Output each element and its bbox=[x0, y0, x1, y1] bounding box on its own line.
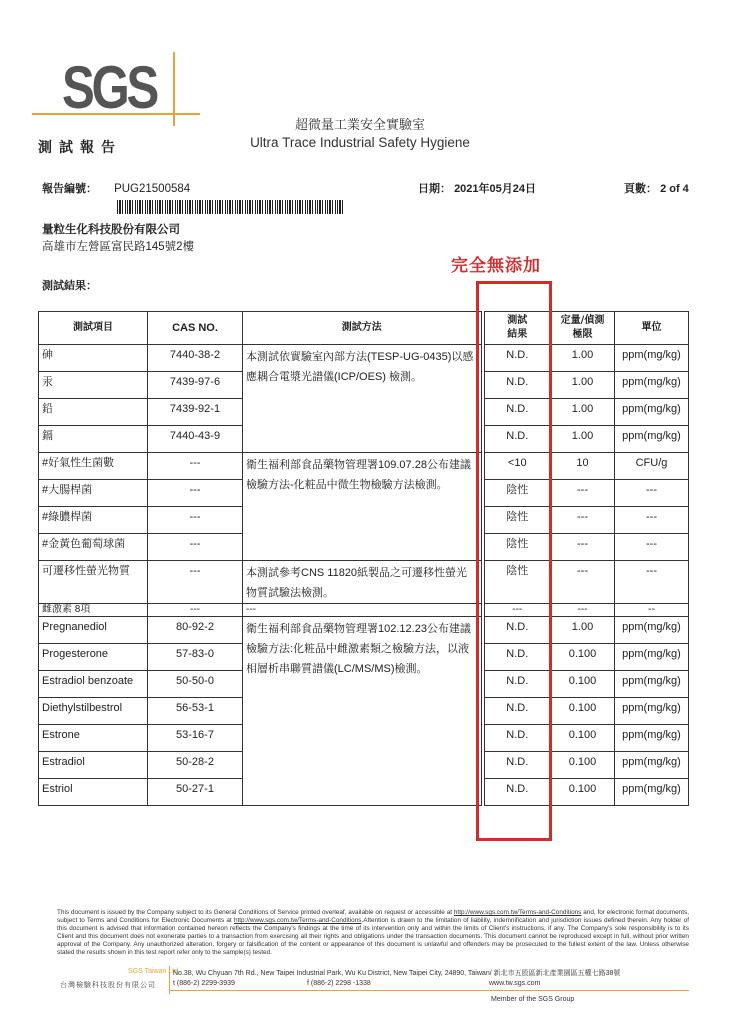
method-cell-micro: 衛生福利部食品藥物管理署109.07.28公布建議檢驗方法-化粧品中微生物檢驗方… bbox=[243, 453, 483, 561]
unit-cell: CFU/g bbox=[615, 453, 689, 480]
unit-cell: ppm(mg/kg) bbox=[615, 345, 689, 372]
item-cell: Estradiol benzoate bbox=[39, 671, 148, 698]
header-result-line1: 測試 bbox=[488, 314, 548, 328]
item-cell: #綠膿桿菌 bbox=[39, 507, 148, 534]
item-cell: #好氣性生菌數 bbox=[39, 453, 148, 480]
footer-website[interactable]: www.tw.sgs.com bbox=[489, 980, 540, 987]
cas-cell: 50-27-1 bbox=[148, 779, 243, 806]
cas-cell: 53-16-7 bbox=[148, 725, 243, 752]
result-cell: N.D. bbox=[483, 372, 551, 399]
cas-cell: 50-28-2 bbox=[148, 752, 243, 779]
item-cell: 鎘 bbox=[39, 426, 148, 453]
client-name: 量粒生化科技股份有限公司 bbox=[42, 221, 180, 237]
legal-disclaimer: This document is issued by the Company s… bbox=[57, 909, 689, 957]
unit-cell: --- bbox=[615, 507, 689, 534]
cas-cell: 50-50-0 bbox=[148, 671, 243, 698]
results-label: 測試結果： bbox=[42, 277, 97, 293]
date-label: 日期： bbox=[418, 182, 451, 195]
table-row: 砷 7440-38-2 本測試依實驗室內部方法(TESP-UG-0435)以感應… bbox=[39, 345, 689, 372]
result-cell: N.D. bbox=[483, 671, 551, 698]
cas-cell: 7440-43-9 bbox=[148, 426, 243, 453]
footer-fax: f (886-2) 2298 -1338 bbox=[307, 980, 371, 987]
result-cell: <10 bbox=[483, 453, 551, 480]
result-cell: 陰性 bbox=[483, 534, 551, 561]
loq-cell: 1.00 bbox=[551, 426, 615, 453]
result-cell: N.D. bbox=[483, 779, 551, 806]
table-row: #好氣性生菌數 --- 衛生福利部食品藥物管理署109.07.28公布建議檢驗方… bbox=[39, 453, 689, 480]
method-cell-fluorescent: 本測試參考CNS 11820紙製品之可遷移性螢光物質試驗法檢測。 bbox=[243, 561, 483, 604]
result-cell: 陰性 bbox=[483, 507, 551, 534]
loq-cell: 0.100 bbox=[551, 725, 615, 752]
header-result: 測試 結果 bbox=[483, 312, 551, 345]
cas-cell: 7439-97-6 bbox=[148, 372, 243, 399]
result-cell: N.D. bbox=[483, 617, 551, 644]
header-unit: 單位 bbox=[615, 312, 689, 345]
unit-cell: ppm(mg/kg) bbox=[615, 426, 689, 453]
cas-cell: 80-92-2 bbox=[148, 617, 243, 644]
report-number-label: 報告編號： bbox=[42, 182, 97, 195]
annotation-stamp: 完全無添加 bbox=[451, 251, 541, 276]
result-cell: 陰性 bbox=[483, 561, 551, 604]
item-cell: Estradiol bbox=[39, 752, 148, 779]
unit-cell: ppm(mg/kg) bbox=[615, 617, 689, 644]
unit-cell: ppm(mg/kg) bbox=[615, 752, 689, 779]
unit-cell: -- bbox=[615, 604, 689, 617]
item-cell: Estriol bbox=[39, 779, 148, 806]
cas-cell: 7439-92-1 bbox=[148, 399, 243, 426]
loq-cell: 0.100 bbox=[551, 671, 615, 698]
loq-cell: --- bbox=[551, 507, 615, 534]
logo-vertical-line bbox=[173, 52, 175, 126]
loq-cell: --- bbox=[551, 561, 615, 604]
result-cell: --- bbox=[483, 604, 551, 617]
table-row: 可遷移性螢光物質 --- 本測試參考CNS 11820紙製品之可遷移性螢光物質試… bbox=[39, 561, 689, 604]
header-item: 測試項目 bbox=[39, 312, 148, 345]
table-header-row: 測試項目 CAS NO. 測試方法 測試 結果 定量/偵測 極限 單位 bbox=[39, 312, 689, 345]
method-cell-metals: 本測試依實驗室內部方法(TESP-UG-0435)以感應耦合電漿光譜儀(ICP/… bbox=[243, 345, 483, 453]
result-cell: N.D. bbox=[483, 426, 551, 453]
footer-horizontal-line bbox=[169, 990, 689, 991]
loq-cell: 0.100 bbox=[551, 644, 615, 671]
loq-cell: 1.00 bbox=[551, 617, 615, 644]
loq-cell: 1.00 bbox=[551, 372, 615, 399]
disclaimer-text-1: This document is issued by the Company s… bbox=[57, 909, 454, 916]
item-cell: 砷 bbox=[39, 345, 148, 372]
cas-cell: 56-53-1 bbox=[148, 698, 243, 725]
lab-name-en: Ultra Trace Industrial Safety Hygiene bbox=[200, 135, 520, 150]
page-label: 頁數： bbox=[624, 182, 657, 195]
item-cell: Pregnanediol bbox=[39, 617, 148, 644]
unit-cell: ppm(mg/kg) bbox=[615, 671, 689, 698]
header-loq-line2: 極限 bbox=[554, 328, 611, 342]
loq-cell: 1.00 bbox=[551, 345, 615, 372]
result-cell: N.D. bbox=[483, 644, 551, 671]
result-cell: N.D. bbox=[483, 399, 551, 426]
item-cell: 雌激素 8項 bbox=[39, 604, 148, 617]
item-cell: Estrone bbox=[39, 725, 148, 752]
loq-cell: 0.100 bbox=[551, 779, 615, 806]
report-number-value: PUG21500584 bbox=[114, 183, 190, 195]
method-cell-hormone-header: --- bbox=[243, 604, 483, 617]
cas-cell: --- bbox=[148, 453, 243, 480]
page-value: 2 of 4 bbox=[660, 183, 689, 195]
report-number: 報告編號： PUG21500584 bbox=[42, 180, 190, 196]
item-cell: Progesterone bbox=[39, 644, 148, 671]
sgs-logo: SGS bbox=[62, 58, 156, 118]
cas-cell: --- bbox=[148, 534, 243, 561]
terms-link-2[interactable]: http://www.sgs.com.tw/Terms-and-Conditio… bbox=[234, 917, 362, 924]
unit-cell: ppm(mg/kg) bbox=[615, 698, 689, 725]
header-method: 測試方法 bbox=[243, 312, 483, 345]
loq-cell: --- bbox=[551, 604, 615, 617]
header-cas: CAS NO. bbox=[148, 312, 243, 345]
unit-cell: --- bbox=[615, 534, 689, 561]
item-cell: 鉛 bbox=[39, 399, 148, 426]
unit-cell: ppm(mg/kg) bbox=[615, 779, 689, 806]
unit-cell: --- bbox=[615, 480, 689, 507]
cas-cell: 7440-38-2 bbox=[148, 345, 243, 372]
loq-cell: 1.00 bbox=[551, 399, 615, 426]
table-row: Pregnanediol 80-92-2 衛生福利部食品藥物管理署102.12.… bbox=[39, 617, 689, 644]
table-row: 雌激素 8項 --- --- --- --- -- bbox=[39, 604, 689, 617]
terms-link-1[interactable]: http://www.sgs.com.tw/Terms-and-Conditio… bbox=[454, 909, 582, 916]
item-cell: #金黃色葡萄球菌 bbox=[39, 534, 148, 561]
unit-cell: ppm(mg/kg) bbox=[615, 399, 689, 426]
unit-cell: ppm(mg/kg) bbox=[615, 644, 689, 671]
item-cell: 可遷移性螢光物質 bbox=[39, 561, 148, 604]
lab-name-cn: 超微量工業安全實驗室 bbox=[230, 114, 490, 133]
cas-cell: --- bbox=[148, 507, 243, 534]
footer-telephone: t (886-2) 2299-3939 bbox=[173, 980, 235, 987]
page-number: 頁數： 2 of 4 bbox=[624, 180, 689, 196]
result-cell: N.D. bbox=[483, 752, 551, 779]
barcode bbox=[117, 200, 343, 214]
loq-cell: 0.100 bbox=[551, 752, 615, 779]
document-type: 測試報告 bbox=[38, 137, 122, 157]
result-cell: N.D. bbox=[483, 698, 551, 725]
footer-company-cn: 台灣檢驗科技股份有限公司 bbox=[60, 980, 156, 990]
loq-cell: --- bbox=[551, 480, 615, 507]
unit-cell: --- bbox=[615, 561, 689, 604]
results-table: 測試項目 CAS NO. 測試方法 測試 結果 定量/偵測 極限 單位 砷 74… bbox=[38, 311, 689, 806]
item-cell: 汞 bbox=[39, 372, 148, 399]
report-date: 日期： 2021年05月24日 bbox=[418, 180, 536, 196]
method-cell-hormones: 衛生福利部食品藥物管理署102.12.23公布建議檢驗方法:化粧品中雌激素類之檢… bbox=[243, 617, 483, 806]
loq-cell: 0.100 bbox=[551, 698, 615, 725]
result-cell: 陰性 bbox=[483, 480, 551, 507]
loq-cell: 10 bbox=[551, 453, 615, 480]
unit-cell: ppm(mg/kg) bbox=[615, 372, 689, 399]
header-loq-line1: 定量/偵測 bbox=[554, 314, 611, 328]
cas-cell: --- bbox=[148, 561, 243, 604]
header-loq: 定量/偵測 極限 bbox=[551, 312, 615, 345]
result-cell: N.D. bbox=[483, 725, 551, 752]
item-cell: #大腸桿菌 bbox=[39, 480, 148, 507]
header-result-line2: 結果 bbox=[488, 328, 548, 342]
footer-address: No.38, Wu Chyuan 7th Rd., New Taipei Ind… bbox=[173, 968, 620, 978]
unit-cell: ppm(mg/kg) bbox=[615, 725, 689, 752]
cas-cell: --- bbox=[148, 604, 243, 617]
footer-member: Member of the SGS Group bbox=[491, 996, 574, 1003]
client-address: 高雄市左營區富民路145號2樓 bbox=[42, 238, 194, 254]
loq-cell: --- bbox=[551, 534, 615, 561]
item-cell: Diethylstilbestrol bbox=[39, 698, 148, 725]
date-value: 2021年05月24日 bbox=[454, 183, 536, 195]
cas-cell: --- bbox=[148, 480, 243, 507]
cas-cell: 57-83-0 bbox=[148, 644, 243, 671]
result-cell: N.D. bbox=[483, 345, 551, 372]
